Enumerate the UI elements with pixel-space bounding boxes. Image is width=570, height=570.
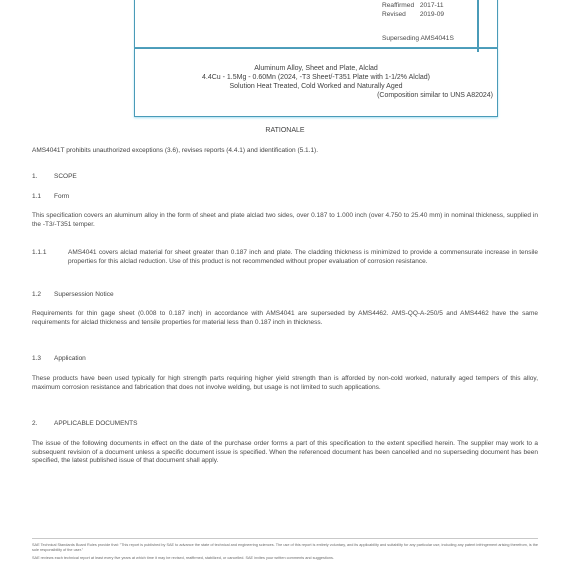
reaffirmed-date: 2017-11 xyxy=(420,2,444,9)
header-divider xyxy=(477,0,479,52)
title-line-2: 4.4Cu - 1.5Mg - 0.60Mn (2024, -T3 Sheet/… xyxy=(135,74,497,81)
section-number: 1.3 xyxy=(32,355,54,362)
section-number: 1. xyxy=(32,173,54,180)
footer-disclaimer: SAE Technical Standards Board Rules prov… xyxy=(32,543,538,553)
revised-label: Revised xyxy=(382,11,418,18)
section-title: Supersession Notice xyxy=(54,291,114,298)
section-2-heading: 2.APPLICABLE DOCUMENTS xyxy=(32,420,137,427)
rationale-text: AMS4041T prohibits unauthorized exceptio… xyxy=(32,147,318,154)
superseding-note: Superseding AMS4041S xyxy=(382,35,454,42)
section-number: 1.1 xyxy=(32,193,54,200)
application-paragraph: These products have been used typically … xyxy=(32,375,538,392)
form-paragraph: This specification covers an aluminum al… xyxy=(32,212,538,229)
section-1-1-1-paragraph: AMS4041 covers alclad material for sheet… xyxy=(68,249,538,266)
section-title: Form xyxy=(54,193,69,200)
section-title: SCOPE xyxy=(54,173,77,180)
section-1-2-heading: 1.2Supersession Notice xyxy=(32,291,114,298)
revised-row: Revised 2019-09 xyxy=(382,11,444,18)
section-number: 1.2 xyxy=(32,291,54,298)
reaffirmed-row: Reaffirmed 2017-11 xyxy=(382,2,444,9)
applicable-documents-paragraph: The issue of the following documents in … xyxy=(32,440,538,466)
title-line-3: Solution Heat Treated, Cold Worked and N… xyxy=(135,83,497,90)
section-1-heading: 1.SCOPE xyxy=(32,173,77,180)
rationale-heading: RATIONALE xyxy=(0,127,570,134)
supersession-paragraph: Requirements for thin gage sheet (0.008 … xyxy=(32,310,538,327)
title-block: Aluminum Alloy, Sheet and Plate, Alclad … xyxy=(134,48,498,117)
title-line-1: Aluminum Alloy, Sheet and Plate, Alclad xyxy=(135,65,497,72)
footer-review-note: SAE reviews each technical report at lea… xyxy=(32,556,538,561)
composition-note: (Composition similar to UNS A82024) xyxy=(135,92,497,99)
section-title: APPLICABLE DOCUMENTS xyxy=(54,420,137,427)
section-1-3-heading: 1.3Application xyxy=(32,355,86,362)
section-title: Application xyxy=(54,355,86,362)
section-1-1-1-number: 1.1.1 xyxy=(32,249,46,256)
section-1-1-heading: 1.1Form xyxy=(32,193,69,200)
section-number: 2. xyxy=(32,420,54,427)
reaffirmed-label: Reaffirmed xyxy=(382,2,418,9)
revised-date: 2019-09 xyxy=(420,11,444,18)
footer-divider xyxy=(32,538,538,539)
